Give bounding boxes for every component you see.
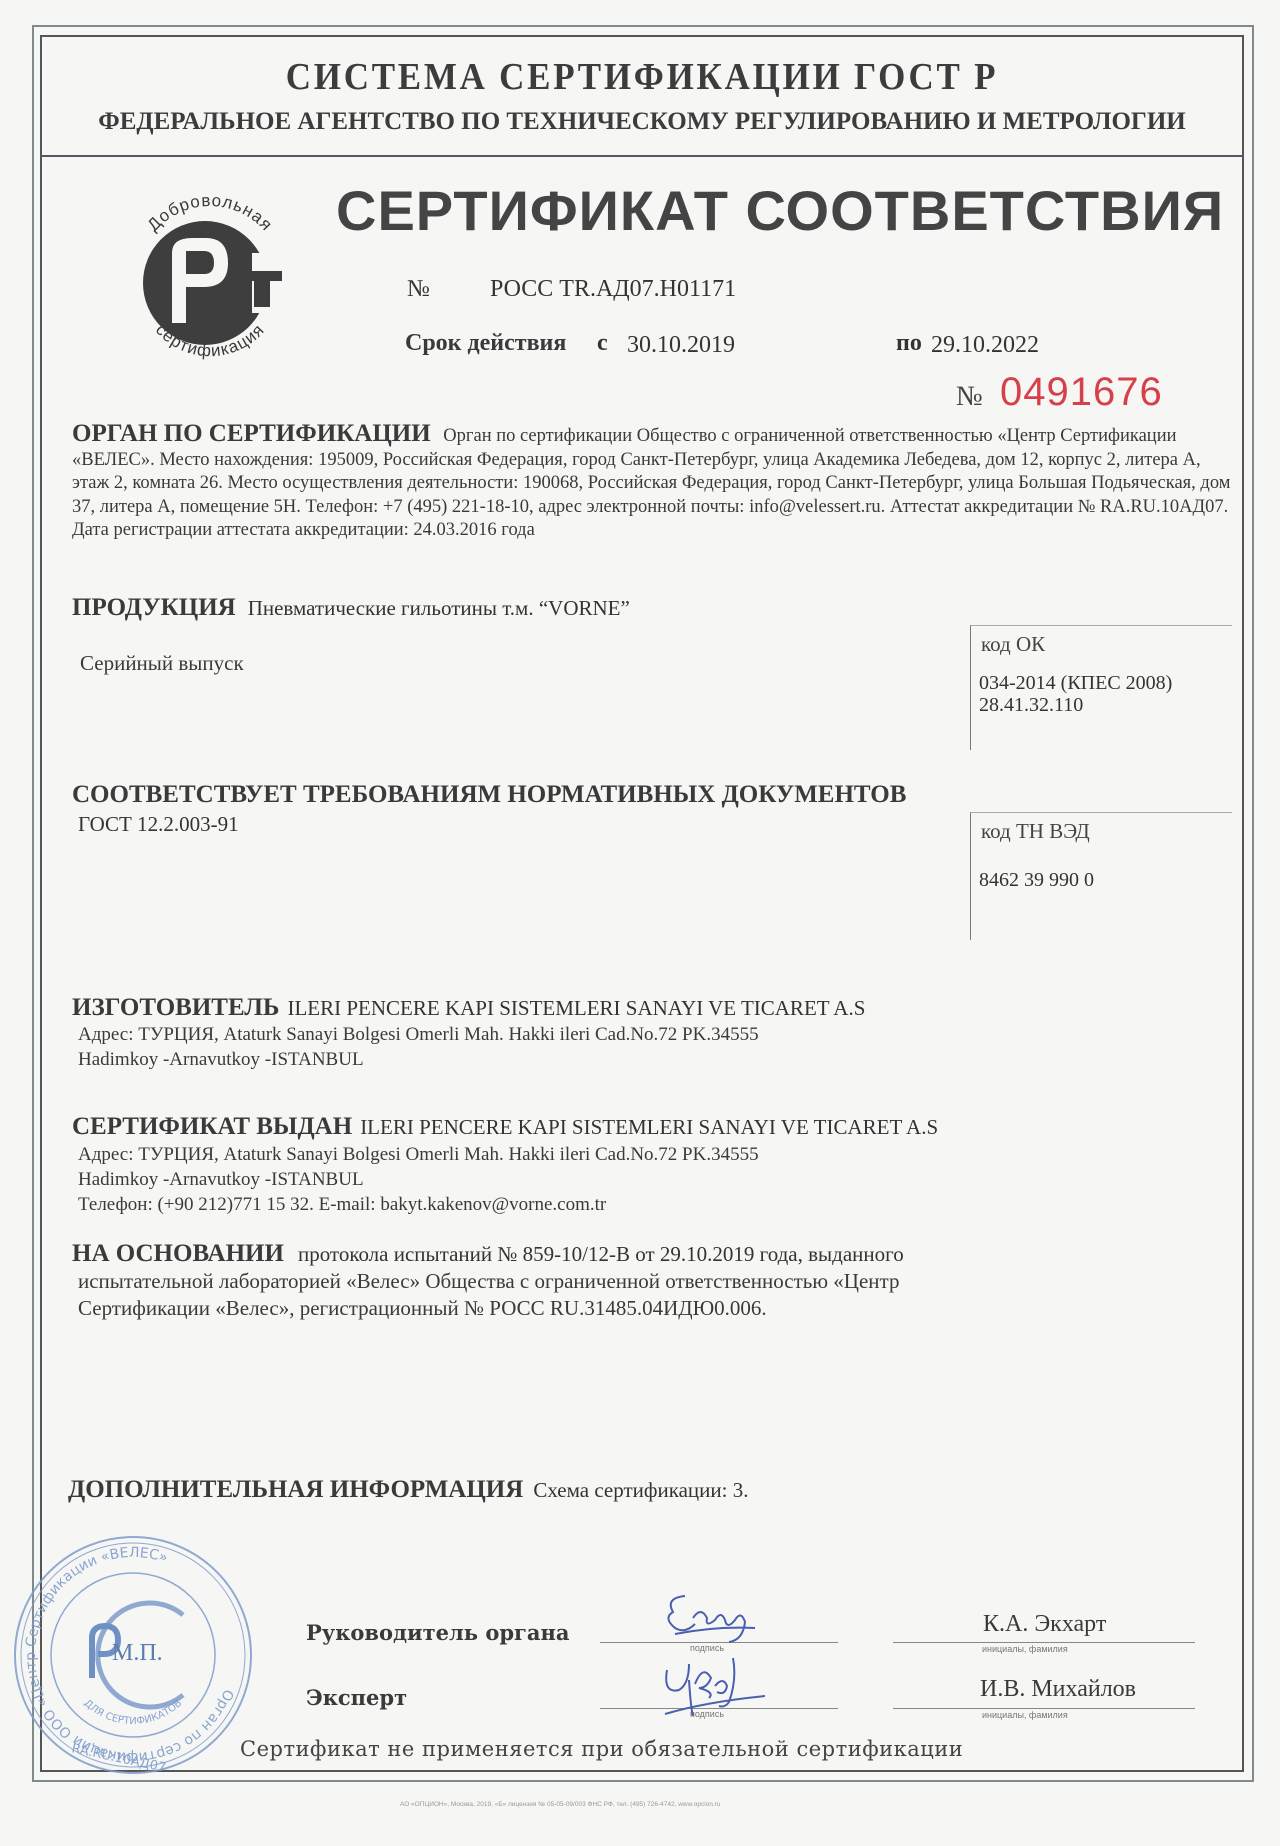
certificate-title: СЕРТИФИКАТ СООТВЕТСТВИЯ: [336, 178, 1224, 243]
product-name: Пневматические гильотины т.м. “VORNE”: [248, 596, 630, 620]
release-type: Серийный выпуск: [80, 651, 244, 676]
additional-info-heading: ДОПОЛНИТЕЛЬНАЯ ИНФОРМАЦИЯ: [68, 1476, 523, 1503]
basis-line-2: испытательной лабораторией «Велес» Общес…: [78, 1268, 899, 1295]
issued-to-name: ILERI PENCERE KAPI SISTEMLERI SANAYI VE …: [360, 1115, 938, 1139]
disclaimer: Сертификат не применяется при обязательн…: [240, 1737, 963, 1761]
ok-code-line-2: 28.41.32.110: [979, 694, 1083, 716]
registration-number-label: №: [407, 276, 430, 303]
tnved-code-box: код ТН ВЭД 8462 39 990 0: [970, 812, 1232, 940]
manufacturer-name: ILERI PENCERE KAPI SISTEMLERI SANAYI VE …: [287, 996, 865, 1020]
head-of-body-label: Руководитель органа: [306, 1620, 569, 1645]
expert-label: Эксперт: [306, 1685, 407, 1710]
expert-name: И.В. Михайлов: [980, 1676, 1136, 1703]
header-divider: [40, 155, 1244, 157]
rst-logo-icon: Добровольная сертификация: [120, 183, 300, 373]
serial-number-label: №: [956, 381, 983, 413]
tnved-code-value: 8462 39 990 0: [979, 869, 1094, 891]
ok-code-line-1: 034-2014 (КПЕС 2008): [979, 672, 1172, 694]
basis-continuation: испытательной лабораторией «Велес» Общес…: [78, 1268, 899, 1322]
tnved-code-label: код ТН ВЭД: [981, 819, 1090, 844]
certification-body-heading: ОРГАН ПО СЕРТИФИКАЦИИ: [72, 420, 431, 447]
conformity-document: ГОСТ 12.2.003-91: [78, 812, 239, 837]
head-name: К.А. Экхарт: [983, 1611, 1106, 1638]
valid-to-date: 29.10.2022: [931, 332, 1039, 359]
certification-body-section: ОРГАН ПО СЕРТИФИКАЦИИ Орган по сертифика…: [72, 422, 1232, 543]
issued-to-section: СЕРТИФИКАТ ВЫДАН ILERI PENCERE KAPI SIST…: [72, 1113, 938, 1141]
stamp-label: М.П.: [112, 1640, 163, 1667]
head-name-line: [893, 1642, 1195, 1643]
additional-info-text: Схема сертификации: 3.: [533, 1478, 748, 1502]
agency-title: ФЕДЕРАЛЬНОЕ АГЕНТСТВО ПО ТЕХНИЧЕСКОМУ РЕ…: [40, 108, 1244, 136]
expert-signature-icon: [655, 1650, 775, 1710]
manufacturer-address-line-1: Адрес: ТУРЦИЯ, Ataturk Sanayi Bolgesi Om…: [78, 1022, 759, 1047]
product-section: ПРОДУКЦИЯ Пневматические гильотины т.м. …: [72, 594, 630, 622]
registration-number: РОСС TR.АД07.Н01171: [490, 276, 736, 303]
product-heading: ПРОДУКЦИЯ: [72, 594, 236, 621]
issued-to-address-line-2: Hadimkoy -Arnavutkoy -ISTANBUL: [78, 1167, 759, 1192]
conformity-heading: СООТВЕТСТВУЕТ ТРЕБОВАНИЯМ НОРМАТИВНЫХ ДО…: [72, 781, 906, 809]
printer-imprint: АО «ОПЦИОН», Москва, 2019, «Б» лицензия …: [400, 1801, 721, 1808]
manufacturer-section: ИЗГОТОВИТЕЛЬ ILERI PENCERE KAPI SISTEMLE…: [72, 994, 865, 1022]
expert-name-hint: инициалы, фамилия: [982, 1710, 1068, 1720]
validity-label: Срок действия: [405, 330, 566, 357]
basis-line-1: протокола испытаний № 859-10/12-В от 29.…: [298, 1242, 904, 1266]
issued-to-address-line-1: Адрес: ТУРЦИЯ, Ataturk Sanayi Bolgesi Om…: [78, 1142, 759, 1167]
additional-info-section: ДОПОЛНИТЕЛЬНАЯ ИНФОРМАЦИЯ Схема сертифик…: [68, 1476, 748, 1504]
stamp-bottom-text: RA.RU.10АД07: [70, 1741, 167, 1776]
validity-to-prefix: по: [896, 330, 922, 357]
manufacturer-address-line-2: Hadimkoy -Arnavutkoy -ISTANBUL: [78, 1047, 759, 1072]
head-signature-icon: [655, 1588, 775, 1648]
ok-code-label: код ОК: [981, 632, 1045, 657]
basis-heading: НА ОСНОВАНИИ: [72, 1240, 284, 1267]
issued-to-address: Адрес: ТУРЦИЯ, Ataturk Sanayi Bolgesi Om…: [78, 1142, 759, 1217]
ok-code-box: код ОК 034-2014 (КПЕС 2008) 28.41.32.110: [970, 625, 1232, 750]
issued-to-heading: СЕРТИФИКАТ ВЫДАН: [72, 1113, 352, 1140]
valid-from-date: 30.10.2019: [627, 332, 735, 359]
issued-to-contact: Телефон: (+90 212)771 15 32. E-mail: bak…: [78, 1192, 759, 1217]
validity-from-prefix: с: [597, 330, 608, 357]
expert-name-line: [893, 1708, 1195, 1709]
head-name-hint: инициалы, фамилия: [982, 1644, 1068, 1654]
basis-section: НА ОСНОВАНИИ протокола испытаний № 859-1…: [72, 1240, 1172, 1268]
basis-line-3: Сертификации «Велес», регистрационный № …: [78, 1295, 899, 1322]
serial-number: 0491676: [1000, 370, 1163, 415]
system-title: СИСТЕМА СЕРТИФИКАЦИИ ГОСТ Р: [88, 55, 1196, 99]
manufacturer-address: Адрес: ТУРЦИЯ, Ataturk Sanayi Bolgesi Om…: [78, 1022, 759, 1072]
manufacturer-heading: ИЗГОТОВИТЕЛЬ: [72, 994, 279, 1021]
